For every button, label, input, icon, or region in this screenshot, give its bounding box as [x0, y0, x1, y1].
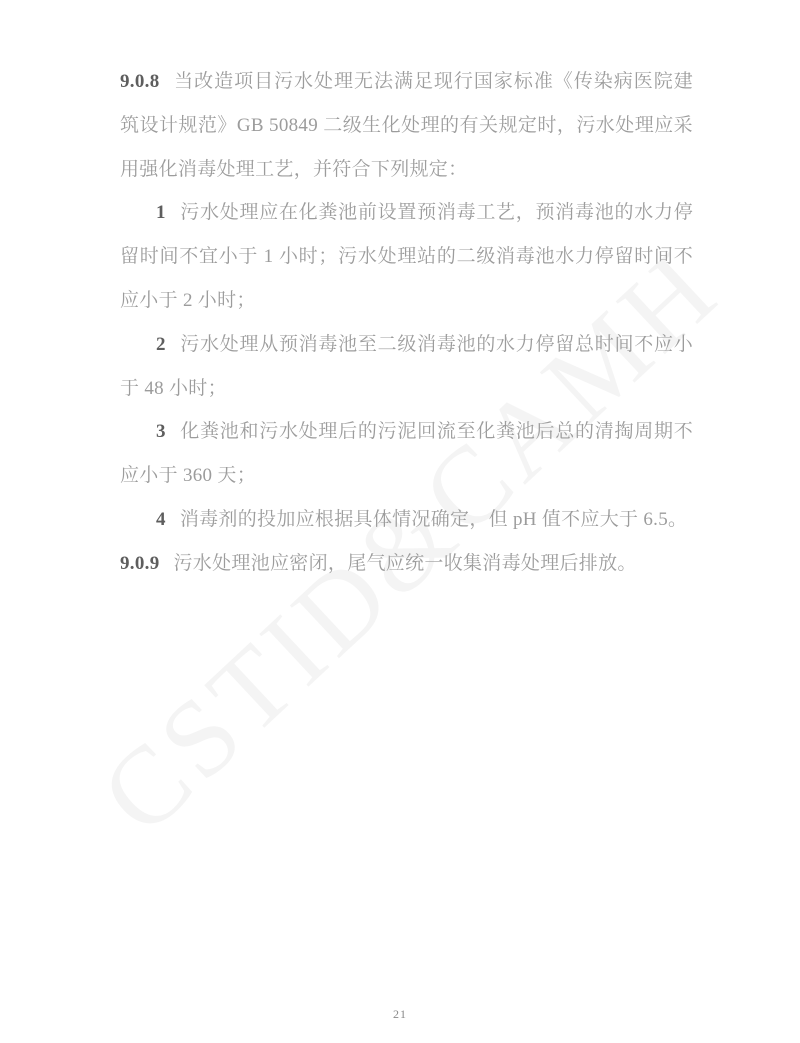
item-number: 2 — [156, 334, 166, 355]
item-number: 1 — [156, 202, 166, 223]
page-number: 21 — [0, 1007, 800, 1022]
item-number: 3 — [156, 421, 166, 442]
clause-text: 污水处理池应密闭，尾气应统一收集消毒处理后排放。 — [174, 553, 637, 574]
item-text: 污水处理从预消毒池至二级消毒池的水力停留总时间不应小于 48 小时； — [120, 334, 693, 399]
document-body: 9.0.8当改造项目污水处理无法满足现行国家标准《传染病医院建筑设计规范》GB … — [120, 60, 693, 586]
clause-item-4: 4消毒剂的投加应根据具体情况确定，但 pH 值不应大于 6.5。 — [120, 498, 693, 542]
clause-number: 9.0.8 — [120, 71, 160, 92]
clause-item-3: 3化粪池和污水处理后的污泥回流至化粪池后总的清掏周期不应小于 360 天； — [120, 410, 693, 498]
clause-item-2: 2污水处理从预消毒池至二级消毒池的水力停留总时间不应小于 48 小时； — [120, 323, 693, 411]
item-text: 消毒剂的投加应根据具体情况确定，但 pH 值不应大于 6.5。 — [180, 509, 688, 530]
document-page: CSTID&CAMH 9.0.8当改造项目污水处理无法满足现行国家标准《传染病医… — [0, 0, 800, 1043]
item-text: 化粪池和污水处理后的污泥回流至化粪池后总的清掏周期不应小于 360 天； — [120, 421, 693, 486]
item-number: 4 — [156, 509, 166, 530]
item-text: 污水处理应在化粪池前设置预消毒工艺，预消毒池的水力停留时间不宜小于 1 小时；污… — [120, 202, 693, 311]
clause-9-0-9: 9.0.9污水处理池应密闭，尾气应统一收集消毒处理后排放。 — [120, 542, 693, 586]
clause-number: 9.0.9 — [120, 553, 160, 574]
clause-9-0-8: 9.0.8当改造项目污水处理无法满足现行国家标准《传染病医院建筑设计规范》GB … — [120, 60, 693, 191]
clause-text: 当改造项目污水处理无法满足现行国家标准《传染病医院建筑设计规范》GB 50849… — [120, 71, 693, 180]
clause-item-1: 1污水处理应在化粪池前设置预消毒工艺，预消毒池的水力停留时间不宜小于 1 小时；… — [120, 191, 693, 322]
